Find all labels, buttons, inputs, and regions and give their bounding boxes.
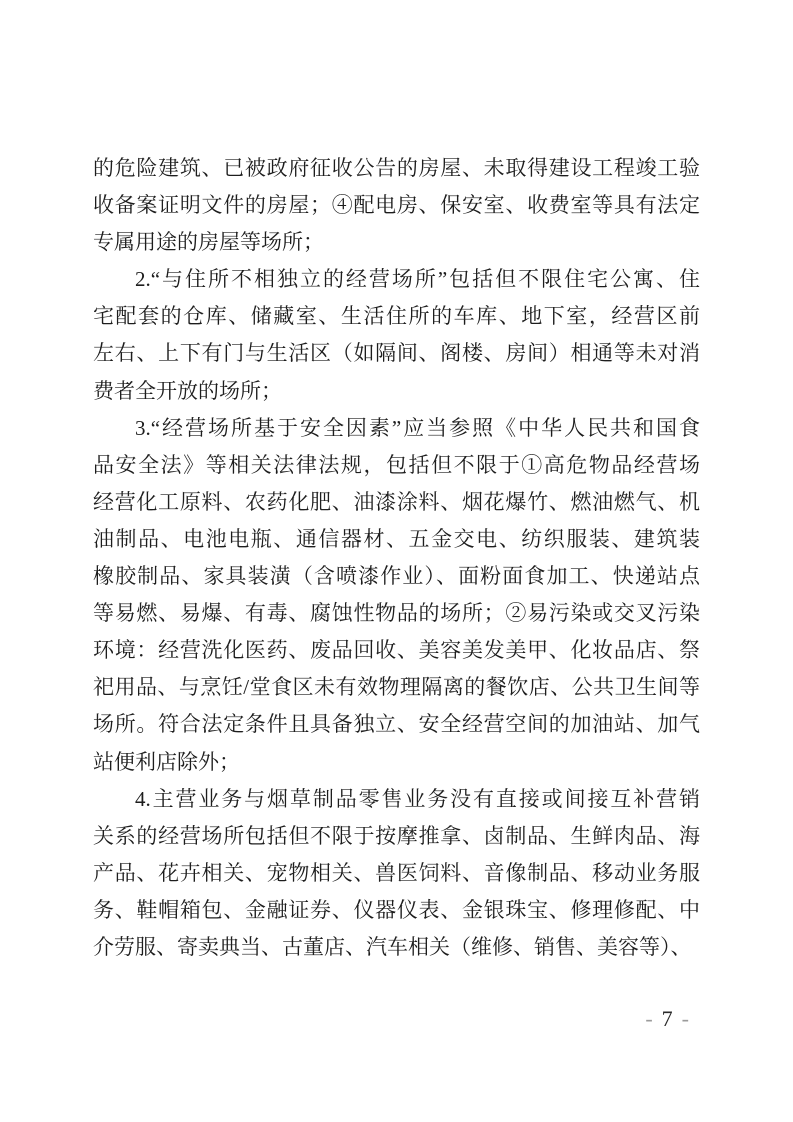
text-line: 关系的经营场所包括但不限于按摩推拿、卤制品、生鲜肉品、海 xyxy=(93,818,700,855)
text-line: 收备案证明文件的房屋；④配电房、保安室、收费室等具有法定 xyxy=(93,187,700,224)
text-line: 品安全法》等相关法律法规，包括但不限于①高危物品经营场所： xyxy=(93,447,700,484)
page-number: 7 xyxy=(662,1006,673,1031)
text-line: 等易燃、易爆、有毒、腐蚀性物品的场所；②易污染或交叉污染 xyxy=(93,595,700,632)
text-line: 经营化工原料、农药化肥、油漆涂料、烟花爆竹、燃油燃气、机 xyxy=(93,484,700,521)
text-line: 宅配套的仓库、储藏室、生活住所的车库、地下室，经营区前后、 xyxy=(93,298,700,335)
text-line: 3.“经营场所基于安全因素”应当参照《中华人民共和国食 xyxy=(93,410,700,447)
text-line: 费者全开放的场所； xyxy=(93,373,700,410)
text-line: 4.主营业务与烟草制品零售业务没有直接或间接互补营销 xyxy=(93,781,700,818)
text-line: 左右、上下有门与生活区（如隔间、阁楼、房间）相通等未对消 xyxy=(93,335,700,372)
text-line: 2.“与住所不相独立的经营场所”包括但不限住宅公寓、住 xyxy=(93,261,700,298)
document-page: 的危险建筑、已被政府征收公告的房屋、未取得建设工程竣工验收备案证明文件的房屋；④… xyxy=(0,0,793,1122)
text-line: 油制品、电池电瓶、通信器材、五金交电、纺织服装、建筑装潢、 xyxy=(93,521,700,558)
text-line: 祀用品、与烹饪/堂食区未有效物理隔离的餐饮店、公共卫生间等 xyxy=(93,669,700,706)
text-line: 的危险建筑、已被政府征收公告的房屋、未取得建设工程竣工验 xyxy=(93,150,700,187)
text-line: 介劳服、寄卖典当、古董店、汽车相关（维修、销售、美容等）、 xyxy=(93,929,700,966)
text-line: 务、鞋帽箱包、金融证券、仪器仪表、金银珠宝、修理修配、中 xyxy=(93,892,700,929)
footer-dash-left: - xyxy=(645,1006,652,1031)
text-line: 橡胶制品、家具装潢（含喷漆作业）、面粉面食加工、快递站点 xyxy=(93,558,700,595)
text-body: 的危险建筑、已被政府征收公告的房屋、未取得建设工程竣工验收备案证明文件的房屋；④… xyxy=(93,150,700,966)
text-line: 站便利店除外； xyxy=(93,744,700,781)
footer-dash-right: - xyxy=(682,1006,689,1031)
text-line: 环境：经营洗化医药、废品回收、美容美发美甲、化妆品店、祭 xyxy=(93,632,700,669)
text-line: 场所。符合法定条件且具备独立、安全经营空间的加油站、加气 xyxy=(93,706,700,743)
page-footer: -7- xyxy=(0,1004,698,1034)
text-line: 专属用途的房屋等场所； xyxy=(93,224,700,261)
text-line: 产品、花卉相关、宠物相关、兽医饲料、音像制品、移动业务服 xyxy=(93,855,700,892)
